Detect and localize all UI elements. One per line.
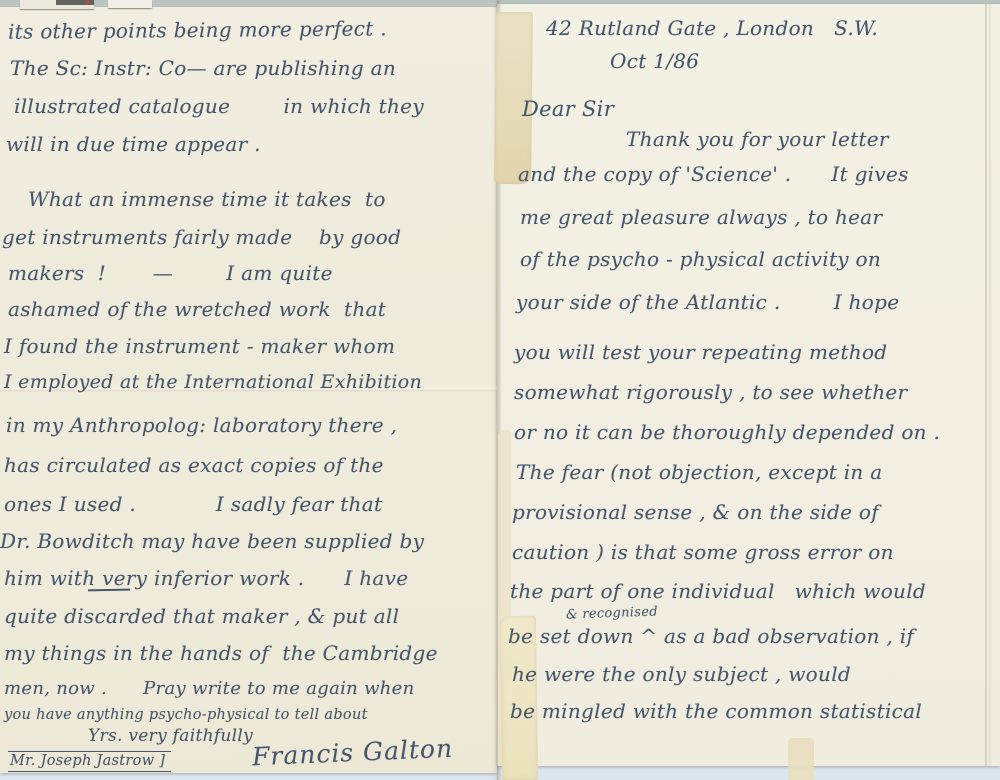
handwritten-line: my things in the hands of the Cambridge [4,641,438,665]
handwritten-line: you will test your repeating method [514,340,887,364]
handwritten-line: has circulated as exact copies of the [4,453,384,477]
handwritten-line: caution ) is that some gross error on [512,540,894,564]
interlinear-insertion: & recognised [566,604,658,622]
handwritten-line: me great pleasure always , to hear [520,205,882,229]
handwritten-line: the part of one individual which would [510,579,926,603]
red-speck [86,1,90,5]
handwritten-line: I employed at the International Exhibiti… [4,371,422,393]
letter-scan: its other points being more perfect . Th… [0,0,1000,780]
handwritten-line: makers ! — I am quite [8,261,333,285]
handwritten-line: ashamed of the wretched work that [8,297,386,321]
handwritten-line: What an immense time it takes to [28,187,386,211]
handwritten-line: illustrated catalogue in which they [14,94,424,118]
date-line: Oct 1/86 [610,49,699,73]
addressee-annotation: Mr. Joseph Jastrow ] [8,751,171,772]
handwritten-line: men, now . Pray write to me again when [4,678,415,699]
handwritten-line: and the copy of 'Science' . It gives [518,162,909,186]
closing-line: Yrs. very faithfully [88,726,253,746]
handwritten-line: Dr. Bowditch may have been supplied by [0,529,424,553]
page-right-edge [985,4,987,766]
handwritten-line: your side of the Atlantic . I hope [516,290,899,314]
handwritten-line: I found the instrument - maker whom [4,334,395,358]
handwritten-line: him with very inferior work . I have [4,566,408,590]
handwritten-line: will in due time appear . [6,132,261,156]
handwritten-line: he were the only subject , would [512,662,851,686]
mounting-tab-2 [108,0,152,8]
handwritten-line: The fear (not objection, except in a [516,460,882,484]
handwritten-line: or no it can be thoroughly depended on . [514,420,940,444]
salutation: Dear Sir [522,97,614,121]
handwritten-line: be set down ^ as a bad observation , if [508,624,914,648]
handwritten-line: ones I used . I sadly fear that [4,492,382,516]
handwritten-line: you have anything psycho-physical to tel… [4,707,368,723]
address-line: 42 Rutland Gate , London S.W. [546,16,878,40]
handwritten-line: get instruments fairly made by good [2,225,401,249]
handwritten-line: in my Anthropolog: laboratory there , [6,413,397,437]
handwritten-line: of the psycho - physical activity on [520,247,881,271]
handwritten-line: Thank you for your letter [626,127,889,151]
handwritten-line: somewhat rigorously , to see whether [514,380,907,404]
tape-patch-bottom-right [788,738,814,780]
handwritten-line: be mingled with the common statistical [510,699,922,723]
handwritten-line: provisional sense , & on the side of [512,500,879,524]
handwritten-line: its other points being more perfect . [8,16,387,43]
handwritten-line: quite discarded that maker , & put all [4,604,399,628]
handwritten-line: The Sc: Instr: Co— are publishing an [10,56,396,80]
